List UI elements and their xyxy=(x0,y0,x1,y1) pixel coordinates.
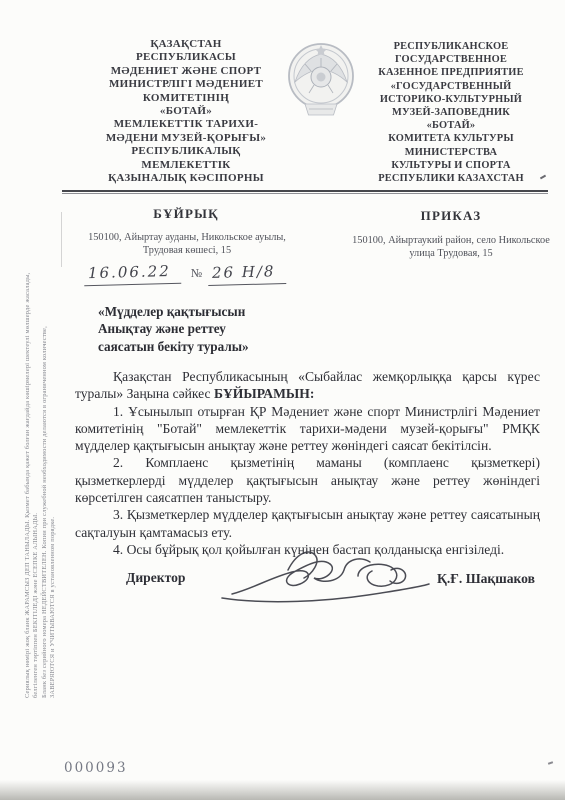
order-title-russian: ПРИКАЗ xyxy=(352,208,550,224)
letterhead-line: МЕМЛЕКЕТТІК xyxy=(62,159,310,172)
intro-paragraph: Қазақстан Республикасының «Сыбайлас жемқ… xyxy=(75,368,540,403)
signatory-role: Директор xyxy=(126,570,185,586)
letterhead-line: КАЗЕННОЕ ПРЕДПРИЯТИЕ xyxy=(352,66,550,79)
address-russian: 150100, Айыртаукий район, село Никольско… xyxy=(345,234,557,260)
order-item: 3. Қызметкерлер мүдделер қақтығысын анық… xyxy=(75,506,540,541)
handwritten-date: 16.06.22 xyxy=(84,262,181,287)
security-note-line: белгіленген тәртіппен БЕКІТІЛЕДІ және ЕС… xyxy=(32,198,40,698)
letterhead-line: КОМИТЕТІНІҢ xyxy=(62,92,310,105)
letterhead-line: РЕСПУБЛИКИ КАЗАХСТАН xyxy=(352,172,550,185)
kazakhstan-coat-of-arms-icon xyxy=(285,40,357,120)
order-subject: «Мүдделер қақтығысын Анықтау және реттеу… xyxy=(98,303,313,355)
letterhead-line: «БОТАЙ» xyxy=(352,119,550,132)
letterhead-line: МӘДЕНИЕТ ЖӘНЕ СПОРТ xyxy=(62,65,310,78)
address-kazakh: 150100, Айыртау ауданы, Никольское ауылы… xyxy=(56,231,318,257)
address-line: улица Трудовая, 15 xyxy=(345,247,557,260)
handwritten-signature-icon xyxy=(218,546,433,619)
address-line: 150100, Айыртаукий район, село Никольско… xyxy=(345,234,557,247)
letterhead-line: МӘДЕНИ МУЗЕЙ-ҚОРЫҒЫ» xyxy=(62,132,310,145)
letterhead-line: РЕСПУБЛИКАНСКОЕ xyxy=(352,40,550,53)
subject-line: Анықтау және реттеу xyxy=(98,320,313,337)
signatory-name: Қ.Ғ. Шақшаков xyxy=(437,571,535,587)
security-note-line: Бланк без серийного номера НЕДЕЙСТВИТЕЛЕ… xyxy=(41,198,49,698)
handwritten-number: 26 Н/8 xyxy=(208,262,286,286)
letterhead-line: КОМИТЕТА КУЛЬТУРЫ xyxy=(352,132,550,145)
letterhead-line: ҚАЗАҚСТАН xyxy=(62,38,310,51)
letterhead-russian: РЕСПУБЛИКАНСКОЕ ГОСУДАРСТВЕННОЕ КАЗЕННОЕ… xyxy=(352,40,550,185)
scan-fold-line xyxy=(61,212,62,267)
order-item: 2. Комплаенс қызметінің маманы (комплаен… xyxy=(75,454,540,506)
subject-line: «Мүдделер қақтығысын xyxy=(98,303,313,320)
letterhead-line: МИНИСТЕРСТВА xyxy=(352,146,550,159)
scan-speck xyxy=(548,761,553,765)
letterhead-line: МИНИСТРЛІГІ МӘДЕНИЕТ xyxy=(62,78,310,91)
security-note-line: Сериялық нөмірі жоқ бланк ЖАРАМСЫЗ ДЕП Т… xyxy=(24,198,32,698)
intro-directive: БҰЙЫРАМЫН: xyxy=(214,386,314,401)
letterhead-line: РЕСПУБЛИКАЛЫҚ xyxy=(62,145,310,158)
letterhead-line: МУЗЕЙ-ЗАПОВЕДНИК xyxy=(352,106,550,119)
address-line: Трудовая көшесі, 15 xyxy=(56,244,318,257)
letterhead-kazakh: ҚАЗАҚСТАН РЕСПУБЛИКАСЫ МӘДЕНИЕТ ЖӘНЕ СПО… xyxy=(62,38,310,185)
number-sign: № xyxy=(191,266,202,281)
subject-line: саясатын бекіту туралы» xyxy=(98,338,313,355)
letterhead-line: ҚАЗЫНАЛЫҚ КӘСІПОРНЫ xyxy=(62,172,310,185)
order-title-kazakh: БҰЙРЫҚ xyxy=(62,206,310,222)
letterhead-line: ГОСУДАРСТВЕННОЕ xyxy=(352,53,550,66)
letterhead-line: «БОТАЙ» xyxy=(62,105,310,118)
security-note-line: ЗАВЕРЯЮТСЯ и УЧИТЫВАЮТСЯ в установленном… xyxy=(49,198,57,698)
letterhead-line: РЕСПУБЛИКАСЫ xyxy=(62,51,310,64)
letterhead-line: ИСТОРИКО-КУЛЬТУРНЫЙ xyxy=(352,93,550,106)
scanned-order-document: ҚАЗАҚСТАН РЕСПУБЛИКАСЫ МӘДЕНИЕТ ЖӘНЕ СПО… xyxy=(0,0,565,800)
scan-edge-shadow xyxy=(0,780,565,800)
date-number-row: 16.06.22№26 Н/8 xyxy=(84,263,286,285)
letterhead-line: «ГОСУДАРСТВЕННЫЙ xyxy=(352,80,550,93)
blank-serial-number: 000093 xyxy=(64,760,128,776)
order-body: Қазақстан Республикасының «Сыбайлас жемқ… xyxy=(75,368,540,558)
letterhead-line: МЕМЛЕКЕТТІК ТАРИХИ- xyxy=(62,118,310,131)
order-item: 1. Ұсынылып отырған ҚР Мәдениет және спо… xyxy=(75,403,540,455)
letterhead-line: КУЛЬТУРЫ И СПОРТА xyxy=(352,159,550,172)
address-line: 150100, Айыртау ауданы, Никольское ауылы… xyxy=(56,231,318,244)
blank-security-note: Сериялық нөмірі жоқ бланк ЖАРАМСЫЗ ДЕП Т… xyxy=(24,198,57,698)
letterhead-divider-rule xyxy=(62,190,548,194)
